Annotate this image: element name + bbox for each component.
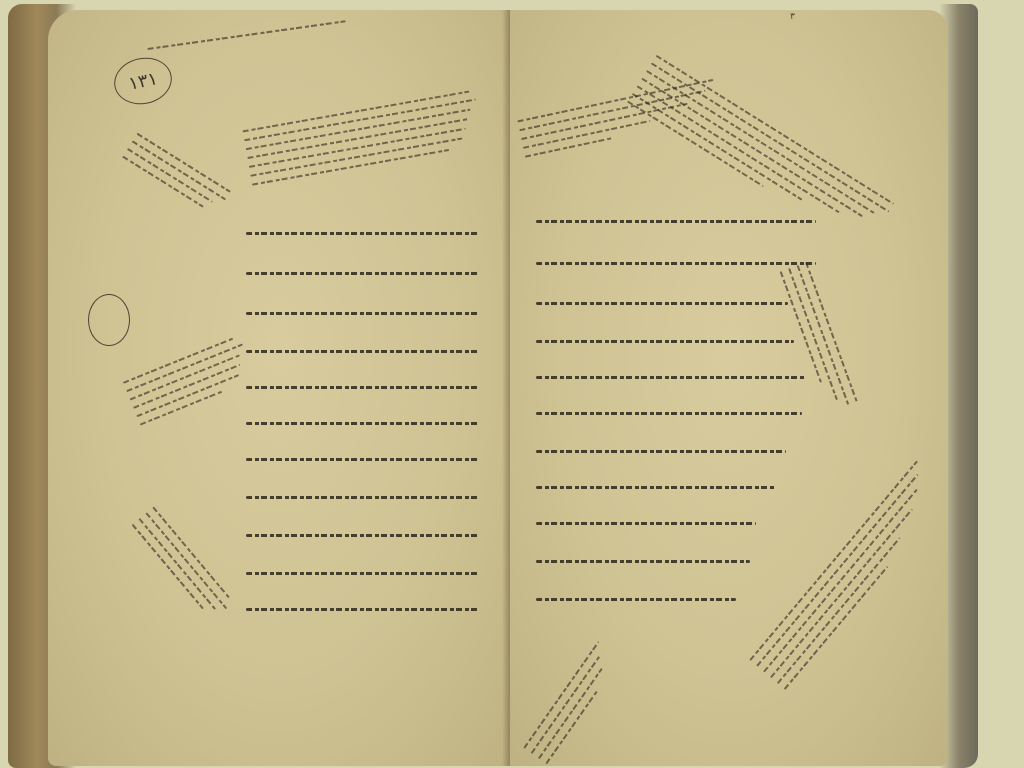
marginal-gloss-left-upper [118,133,230,222]
marginal-gloss-right-middle [773,262,858,415]
folio-number-circle: ١٣١ [110,52,176,109]
marginal-gloss-left-lower [126,506,234,625]
header-gloss [147,20,346,57]
seal-stamp [88,294,130,346]
right-page: ٣ [510,10,948,766]
marginal-gloss-top [243,90,485,193]
marginal-gloss-top-right [623,55,894,257]
folio-number: ١٣١ [127,68,160,95]
marginal-gloss-right-lower [749,460,957,694]
marginal-gloss-bottom-left [523,641,627,768]
left-page: ١٣١ [48,10,510,766]
manuscript-book: ١٣١ [8,4,978,768]
marginal-gloss-left-middle [123,335,259,432]
folio-mark: ٣ [790,12,795,22]
